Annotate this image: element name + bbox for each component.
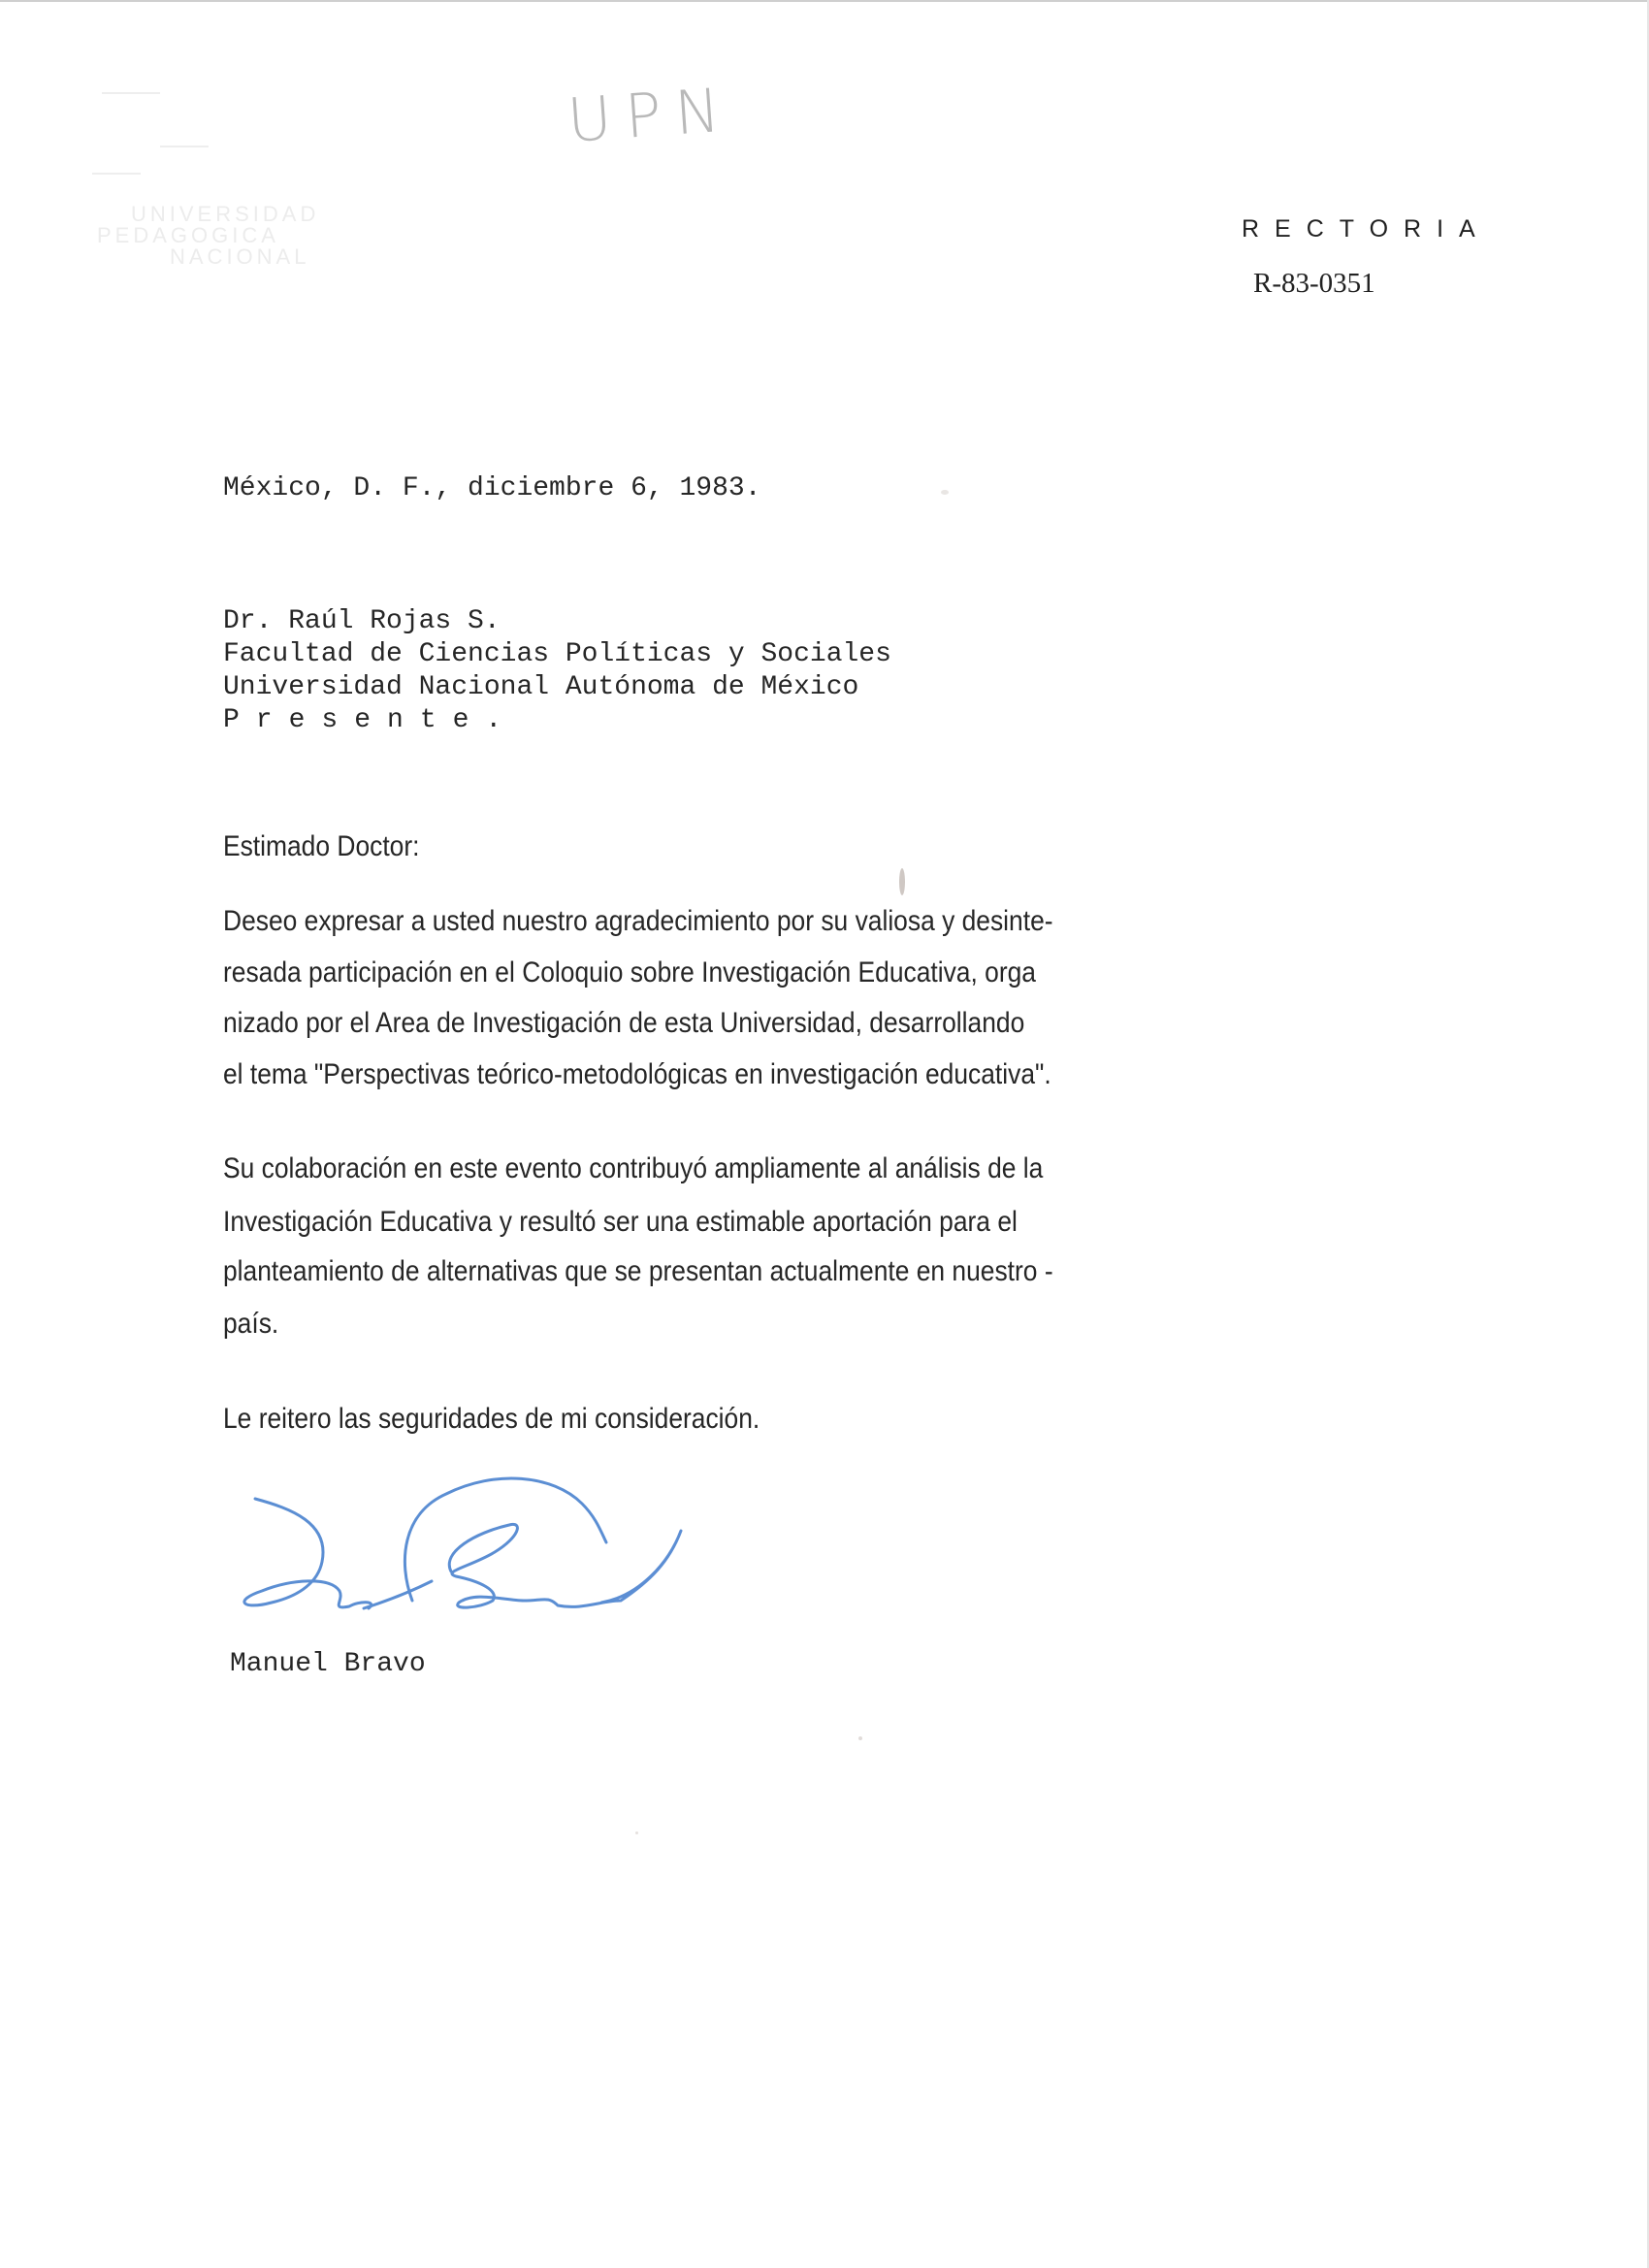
recipient-institution: Universidad Nacional Autónoma de México bbox=[223, 672, 858, 702]
paper-speck bbox=[941, 490, 949, 495]
closing-line: Le reitero las seguridades de mi conside… bbox=[223, 1403, 760, 1436]
recipient-name: Dr. Raúl Rojas S. bbox=[223, 606, 501, 636]
paragraph-2-line: Investigación Educativa y resultó ser un… bbox=[223, 1206, 1018, 1239]
seal-mark bbox=[92, 173, 141, 175]
paper-speck bbox=[635, 1831, 638, 1834]
paragraph-2-line: país. bbox=[223, 1308, 278, 1341]
embossed-seal: UNIVERSIDAD PEDAGOGICA NACIONAL bbox=[92, 87, 344, 281]
seal-text-line: NACIONAL bbox=[170, 244, 309, 270]
paragraph-1-line: Deseo expresar a usted nuestro agradecim… bbox=[223, 905, 1053, 938]
ink-smudge bbox=[899, 868, 905, 895]
paragraph-1-line: nizado por el Area de Investigación de e… bbox=[223, 1007, 1024, 1040]
paragraph-2-line: planteamiento de alternativas que se pre… bbox=[223, 1255, 1053, 1288]
recipient-presente: Presente. bbox=[223, 705, 518, 735]
signatory-name: Manuel Bravo bbox=[230, 1649, 426, 1679]
page-top-edge bbox=[0, 0, 1649, 2]
paragraph-2-line: Su colaboración en este evento contribuy… bbox=[223, 1152, 1043, 1185]
salutation: Estimado Doctor: bbox=[223, 830, 419, 863]
seal-mark bbox=[102, 92, 160, 94]
paragraph-1-line: el tema "Perspectivas teórico-metodológi… bbox=[223, 1058, 1051, 1091]
date-line: México, D. F., diciembre 6, 1983. bbox=[223, 473, 761, 503]
paper-speck bbox=[858, 1736, 862, 1740]
recipient-faculty: Facultad de Ciencias Políticas y Sociale… bbox=[223, 639, 891, 669]
letterhead-reference: R-83-0351 bbox=[1253, 268, 1375, 300]
seal-mark bbox=[160, 146, 209, 147]
handwritten-signature bbox=[233, 1455, 776, 1630]
letterhead-department: RECTORIA bbox=[1242, 215, 1491, 243]
paragraph-1-line: resada participación en el Coloquio sobr… bbox=[223, 956, 1036, 989]
handwritten-annotation: UPN bbox=[566, 74, 736, 156]
